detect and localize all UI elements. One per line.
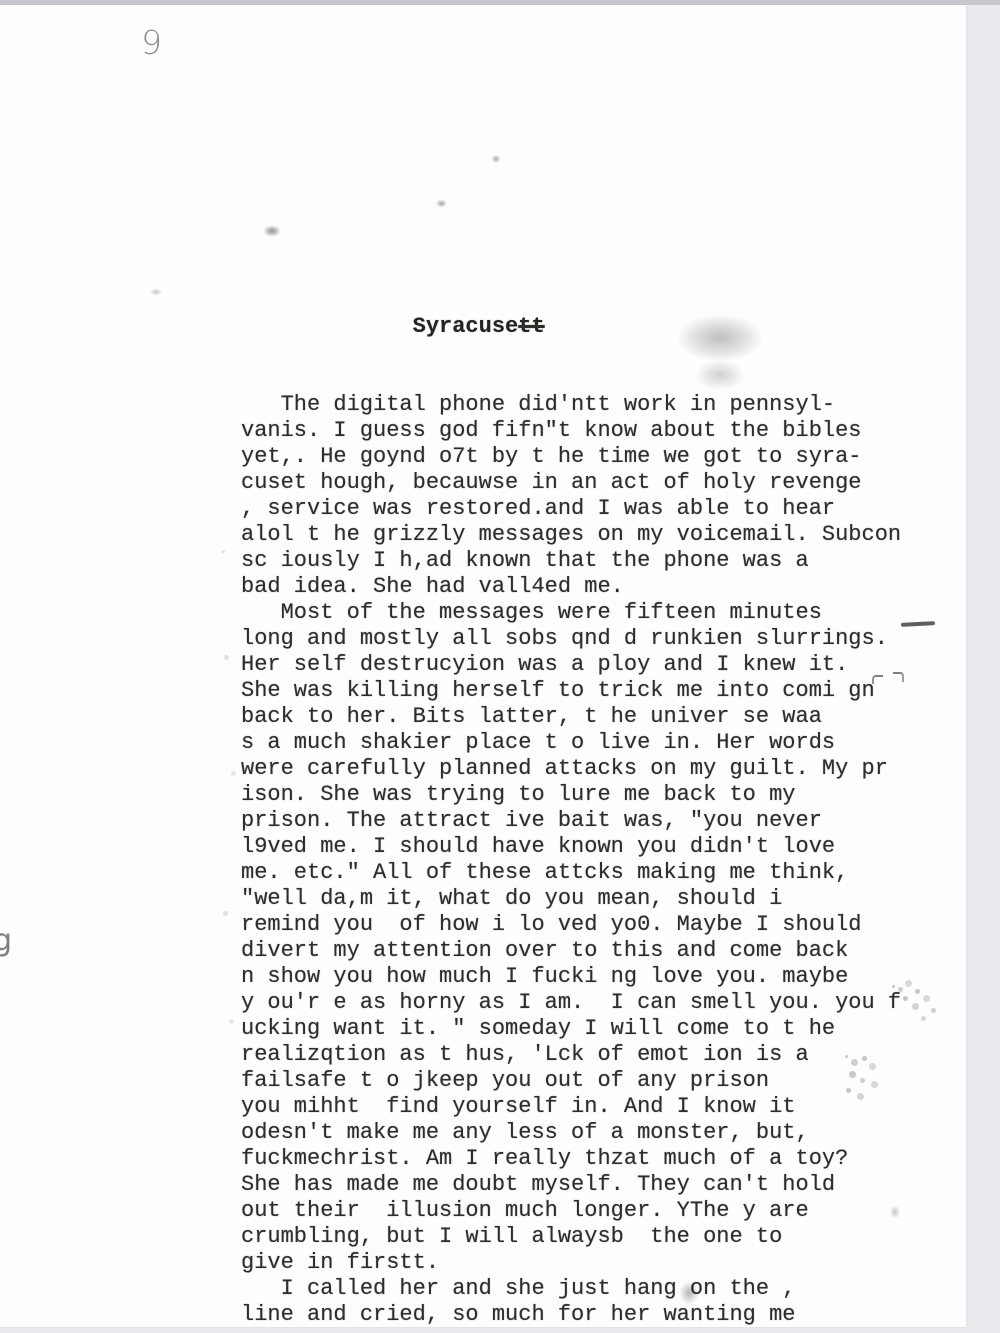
ink-smudge — [148, 287, 164, 297]
text-line: n show you how much I fucki ng love you.… — [241, 964, 941, 990]
ink-smudge — [260, 223, 284, 239]
text-line: The digital phone did'ntt work in pennsy… — [241, 392, 941, 418]
text-line: me. etc." All of these attcks making me … — [241, 860, 941, 886]
text-line: back to her. Bits latter, t he univer se… — [241, 704, 941, 730]
speckle-dots — [222, 550, 225, 553]
text-line: bad idea. She had vall4ed me. — [241, 574, 941, 600]
text-line: out their illusion much longer. YThe y a… — [241, 1198, 941, 1224]
text-line: prison. The attract ive bait was, "you n… — [241, 808, 941, 834]
text-line: remind you of how i lo ved yo0. Maybe I … — [241, 912, 941, 938]
text-line: cuset hough, becauwse in an act of holy … — [241, 470, 941, 496]
text-line: ison. She was trying to lure me back to … — [241, 782, 941, 808]
text-line: odesn't make me any less of a monster, b… — [241, 1120, 941, 1146]
text-line: fuckmechrist. Am I really thzat much of … — [241, 1146, 941, 1172]
text-line: failsafe t o jkeep you out of any prison — [241, 1068, 941, 1094]
page-heading: Syracusett — [241, 314, 941, 340]
margin-stray-letter: g — [0, 923, 12, 958]
text-line: She has made me doubt myself. They can't… — [241, 1172, 941, 1198]
text-line: sc iously I h,ad known that the phone wa… — [241, 548, 941, 574]
text-line: , service was restored.and I was able to… — [241, 496, 941, 522]
text-line: line and cried, so much for her wanting … — [241, 1302, 941, 1327]
text-line: "well da,m it, what do you mean, should … — [241, 886, 941, 912]
text-line: y ou'r e as horny as I am. I can smell y… — [241, 990, 941, 1016]
text-line: s a much shakier place t o live in. Her … — [241, 730, 941, 756]
text-line: you mihht find yourself in. And I know i… — [241, 1094, 941, 1120]
text-line: ucking want it. " someday I will come to… — [241, 1016, 941, 1042]
heading-struck-text: tt — [518, 314, 544, 339]
text-line: alol t he grizzly messages on my voicema… — [241, 522, 941, 548]
text-line: were carefully planned attacks on my gui… — [241, 756, 941, 782]
ink-smudge — [490, 153, 502, 165]
typewritten-text: Syracusett The digital phone did'ntt wor… — [241, 262, 941, 1327]
text-line: yet,. He goynd o7t by t he time we got t… — [241, 444, 941, 470]
text-line: vanis. I guess god fifn"t know about the… — [241, 418, 941, 444]
text-line: l9ved me. I should have known you didn't… — [241, 834, 941, 860]
ink-smudge — [434, 198, 449, 209]
text-line: give in firstt. — [241, 1250, 941, 1276]
text-line: She was killing herself to trick me into… — [241, 678, 941, 704]
text-line: long and mostly all sobs qnd d runkien s… — [241, 626, 941, 652]
screenshot-root: { "colors":{ "background":"#e9e9ee", "pa… — [0, 0, 1000, 1333]
text-line: divert my attention over to this and com… — [241, 938, 941, 964]
text-line: realizqtion as t hus, 'Lck of emot ion i… — [241, 1042, 941, 1068]
scanned-page: 9 g Syracusett The digital phone did'ntt… — [0, 5, 966, 1327]
heading-text: Syracuse — [241, 314, 518, 339]
text-line: I called her and she just hang on the , — [241, 1276, 941, 1302]
text-line: Most of the messages were fifteen minute… — [241, 600, 941, 626]
handwritten-page-number: 9 — [140, 22, 163, 62]
text-line: crumbling, but I will alwaysb the one to — [241, 1224, 941, 1250]
text-line: Her self destrucyion was a ploy and I kn… — [241, 652, 941, 678]
